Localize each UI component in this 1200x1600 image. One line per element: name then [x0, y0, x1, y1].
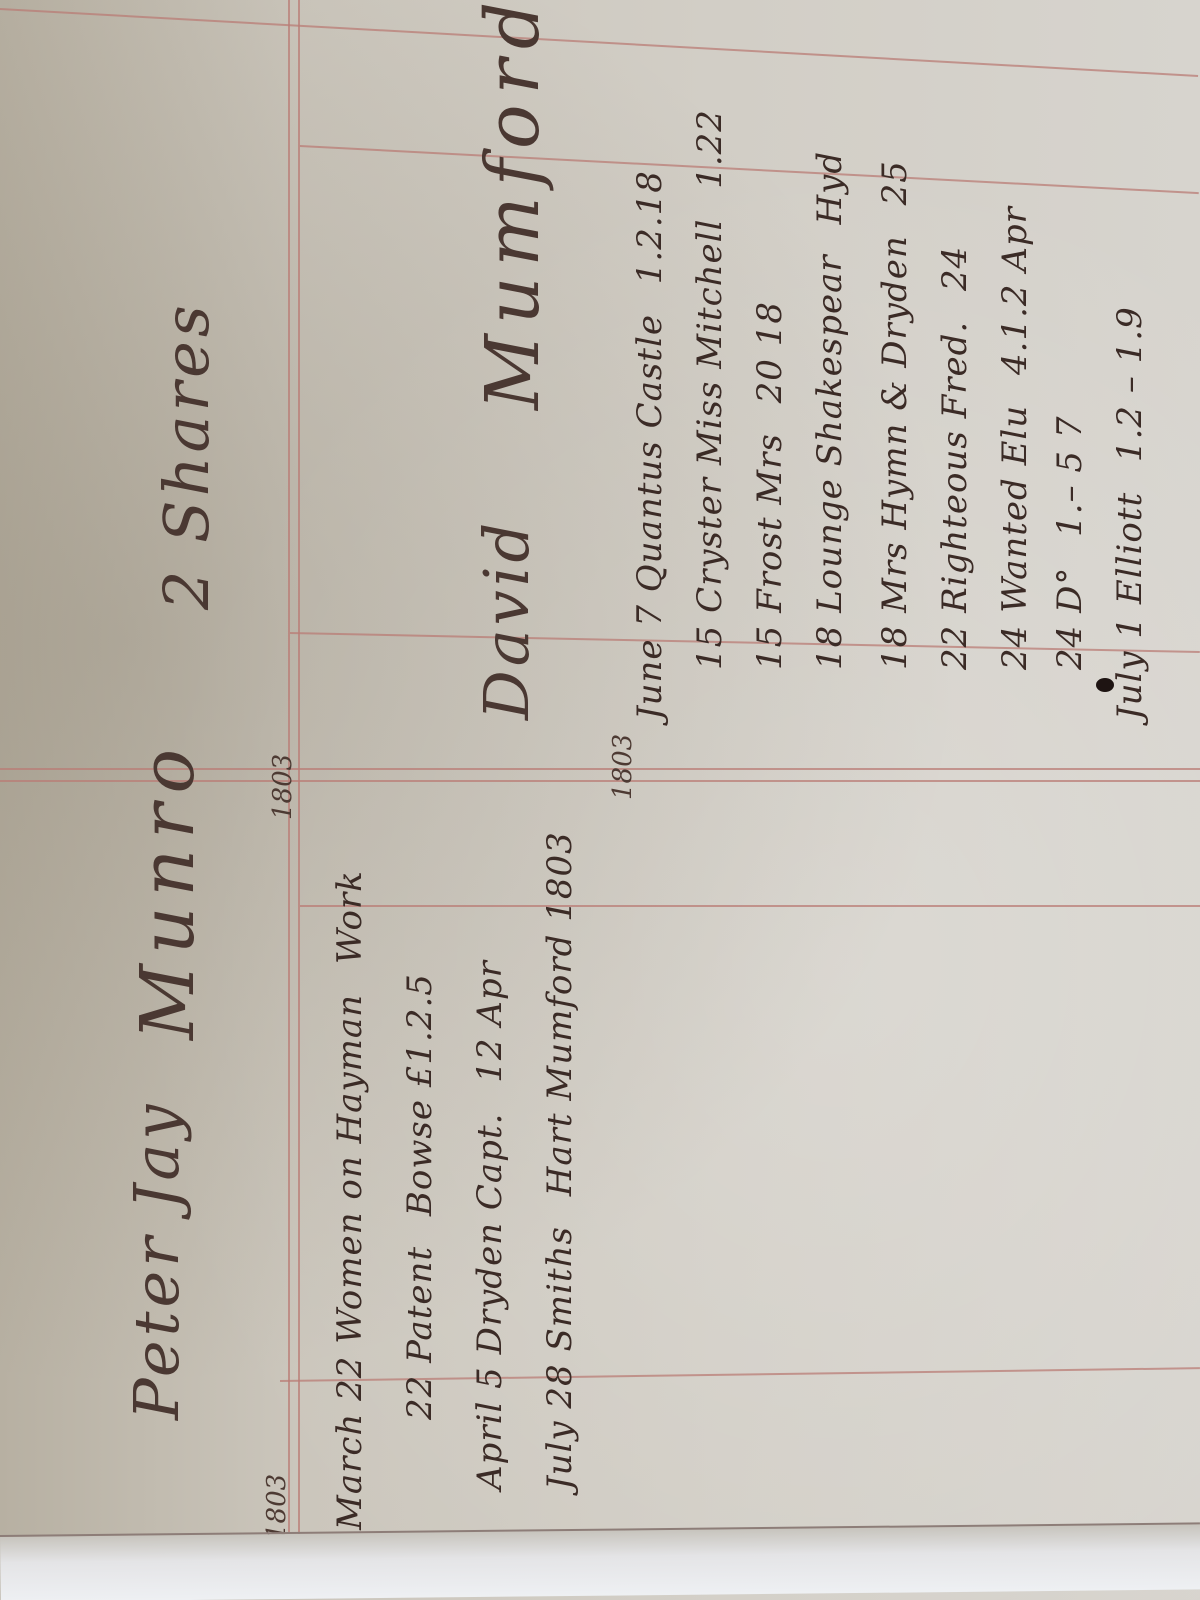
account-2-year: 1803: [608, 734, 638, 800]
entry-text: Frost Mrs: [750, 433, 790, 613]
entry-date: 24: [995, 625, 1035, 670]
entry-text: Women on Hayman: [330, 994, 370, 1344]
entry-text: Quantus Castle: [630, 314, 670, 592]
ledger-sheet: Peter Jay Munro 2 Shares 1803 1803 March…: [0, 0, 1200, 1600]
ledger-entry: 24 Wanted Elu 4.1.2 Apr: [995, 206, 1035, 670]
ledger-entry: July 28 Smiths Hart Mumford 1803: [540, 831, 580, 1490]
entry-amount: Bowse £1.2.5: [400, 973, 440, 1216]
entry-amount: 20 18: [750, 301, 790, 403]
ledger-entry: 15 Frost Mrs 20 18: [750, 301, 790, 670]
ledger-photo: Peter Jay Munro 2 Shares 1803 1803 March…: [0, 0, 1200, 1600]
entry-amount: Hart Mumford 1803: [540, 831, 580, 1196]
ledger-entry: March 22 Women on Hayman Work: [330, 870, 370, 1530]
entry-text: Lounge Shakespear: [810, 254, 850, 613]
entry-date: 24: [1050, 625, 1090, 670]
entry-amount: 1.22: [690, 109, 730, 189]
entry-date: July 1: [1110, 616, 1150, 720]
ledger-entry: July 1 Elliott 1.2 – 1.9: [1110, 306, 1150, 720]
entry-date: March 22: [330, 1356, 370, 1530]
ink-blot: [1096, 678, 1114, 692]
account-1-year: 1803: [262, 1474, 292, 1540]
entry-amount: 1.2 – 1.9: [1110, 306, 1150, 462]
ledger-entry: April 5 Dryden Capt. 12 Apr: [470, 960, 510, 1490]
ledger-entry: June 7 Quantus Castle 1.2.18: [630, 170, 670, 720]
entry-text: Wanted Elu: [995, 405, 1035, 613]
entry-date: July 28: [540, 1363, 580, 1490]
entry-amount: 1.2.18: [630, 170, 670, 284]
entry-text: Patent: [400, 1246, 440, 1363]
account-2-name-part1: David: [470, 519, 543, 720]
entry-text: Smiths: [540, 1226, 580, 1351]
entry-amount: 12 Apr: [470, 960, 510, 1083]
account-1-name-part2: Munro: [125, 739, 211, 1040]
ledger-entry: 18 Mrs Hymn & Dryden 25: [875, 160, 915, 670]
entry-amount: Hyd: [810, 151, 850, 225]
entry-date: 22: [400, 1375, 440, 1420]
entry-date: 22: [935, 625, 975, 670]
account-2-name-part2: Mumford: [470, 0, 556, 410]
entry-amount: 4.1.2 Apr: [995, 206, 1035, 375]
ledger-entry: 22 Patent Bowse £1.2.5: [400, 973, 440, 1420]
ledger-entry: 18 Lounge Shakespear Hyd: [810, 151, 850, 670]
account-1-year-right: 1803: [268, 754, 298, 820]
entry-date: 18: [875, 625, 915, 670]
entry-date: June 7: [630, 604, 670, 720]
entry-text: Cryster Miss Mitchell: [690, 219, 730, 613]
entry-amount: 25: [875, 160, 915, 205]
entry-amount: Work: [330, 870, 370, 964]
page-edge: [0, 1522, 1200, 1600]
ledger-entry: 22 Righteous Fred. 24: [935, 246, 975, 670]
ledger-entry: 15 Cryster Miss Mitchell 1.22: [690, 109, 730, 670]
entry-text: Righteous Fred.: [935, 321, 975, 613]
entry-text: Elliott: [1110, 492, 1150, 604]
account-1-name-part1: Peter Jay: [120, 1101, 193, 1420]
entry-date: 15: [690, 625, 730, 670]
entry-date: April 5: [470, 1366, 510, 1490]
account-1-shares: 2 Shares: [150, 301, 223, 610]
entry-text: Dryden Capt.: [470, 1113, 510, 1355]
entry-amount: 24: [935, 246, 975, 291]
entry-text: D°: [1050, 567, 1090, 613]
entry-amount: 1.– 5 7: [1050, 416, 1090, 537]
entry-date: 18: [810, 625, 850, 670]
ledger-entry: 24 D° 1.– 5 7: [1050, 416, 1090, 670]
entry-text: Mrs Hymn & Dryden: [875, 235, 915, 613]
entry-date: 15: [750, 625, 790, 670]
